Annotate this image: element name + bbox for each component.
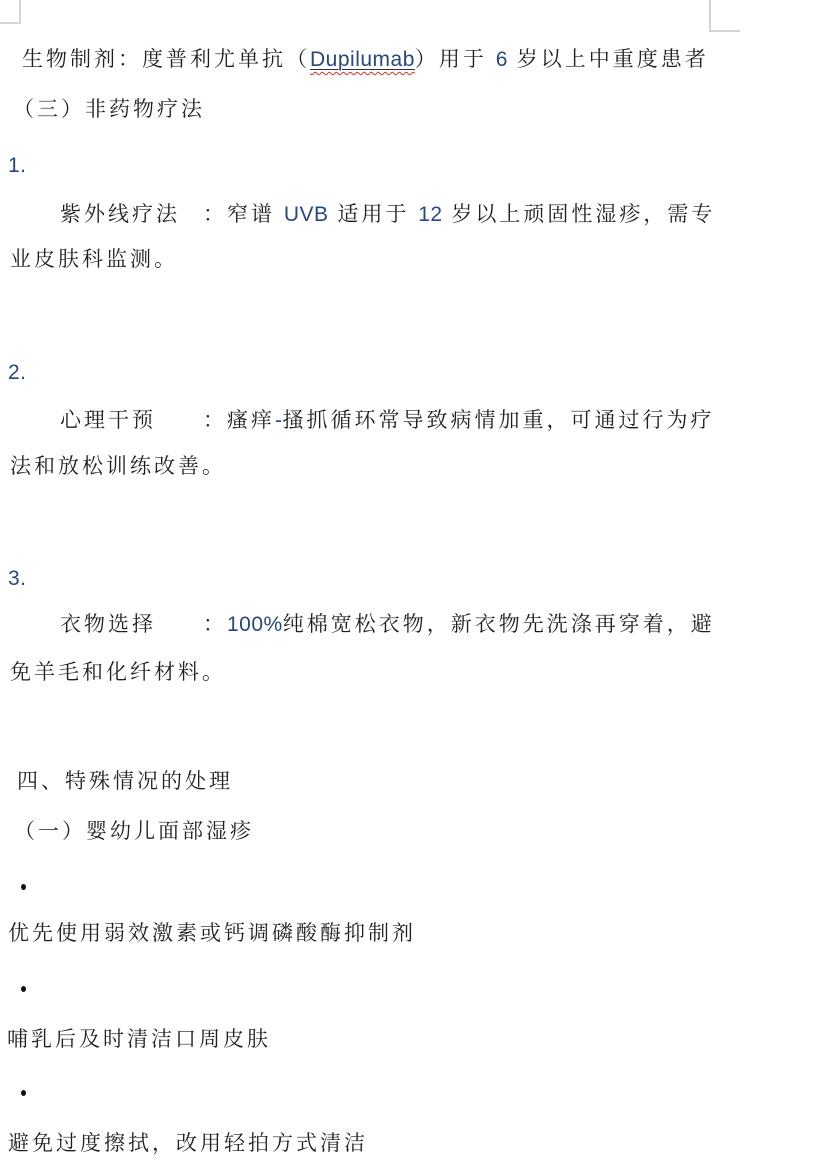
item-label-3: 衣物选择: [60, 613, 156, 636]
intro-post1: ）用于: [415, 48, 496, 71]
subsection-heading: （一）婴幼儿面部湿疹: [14, 818, 254, 845]
latin-12: 12: [418, 203, 442, 226]
section3-heading: （三）非药物疗法: [13, 96, 205, 123]
item-line-2: 心理干预 ：瘙痒-搔抓循环常导致病情加重，可通过行为疗: [60, 407, 156, 434]
bullet-icon: [21, 1090, 26, 1096]
bullet-icon: [21, 986, 26, 992]
latin-hyphen: -: [275, 409, 283, 432]
intro-post2: 岁以上中重度患者: [508, 48, 709, 71]
term-dupilumab: Dupilumab: [310, 48, 415, 71]
intro-num: 6: [496, 48, 508, 71]
item-text-2: ：瘙痒-搔抓循环常导致病情加重，可通过行为疗: [203, 407, 715, 434]
item-text-1: ：窄谱 UVB 适用于 12 岁以上顽固性湿疹，需专: [203, 201, 715, 228]
bullet-text-1: 优先使用弱效激素或钙调磷酸酶抑制剂: [8, 920, 416, 947]
intro-line: 生物制剂：度普利尤单抗（Dupilumab）用于 6 岁以上中重度患者: [22, 46, 709, 73]
item-number-1: 1.: [8, 152, 27, 179]
bullet-icon: [21, 884, 26, 890]
item-wrap-line-1: 业皮肤科监测。: [10, 246, 178, 273]
item-line-3: 衣物选择 ：100%纯棉宽松衣物，新衣物先洗涤再穿着，避: [60, 611, 156, 638]
item-label-1: 紫外线疗法: [60, 203, 180, 226]
intro-pre: 生物制剂：度普利尤单抗（: [22, 48, 310, 71]
latin-uvb: UVB: [284, 203, 329, 226]
margin-crop-mark-top-left: [0, 0, 21, 24]
item-wrap-line-3: 免羊毛和化纤材料。: [10, 659, 226, 686]
item-number-2: 2.: [8, 359, 27, 386]
document-canvas[interactable]: 生物制剂：度普利尤单抗（Dupilumab）用于 6 岁以上中重度患者 （三）非…: [0, 0, 821, 1175]
item-wrap-line-2: 法和放松训练改善。: [10, 453, 226, 480]
margin-crop-mark-top-right: [709, 0, 740, 32]
item-text-3: ：100%纯棉宽松衣物，新衣物先洗涤再穿着，避: [203, 611, 715, 638]
section4-heading: 四、特殊情况的处理: [17, 768, 233, 795]
item-line-1: 紫外线疗法 ：窄谱 UVB 适用于 12 岁以上顽固性湿疹，需专: [60, 201, 180, 228]
latin-100pct: 100%: [227, 613, 283, 636]
item-number-3: 3.: [8, 565, 27, 592]
bullet-text-3: 避免过度擦拭，改用轻拍方式清洁: [8, 1130, 368, 1157]
bullet-text-2: 哺乳后及时清洁口周皮肤: [7, 1026, 271, 1053]
item-label-2: 心理干预: [60, 409, 156, 432]
